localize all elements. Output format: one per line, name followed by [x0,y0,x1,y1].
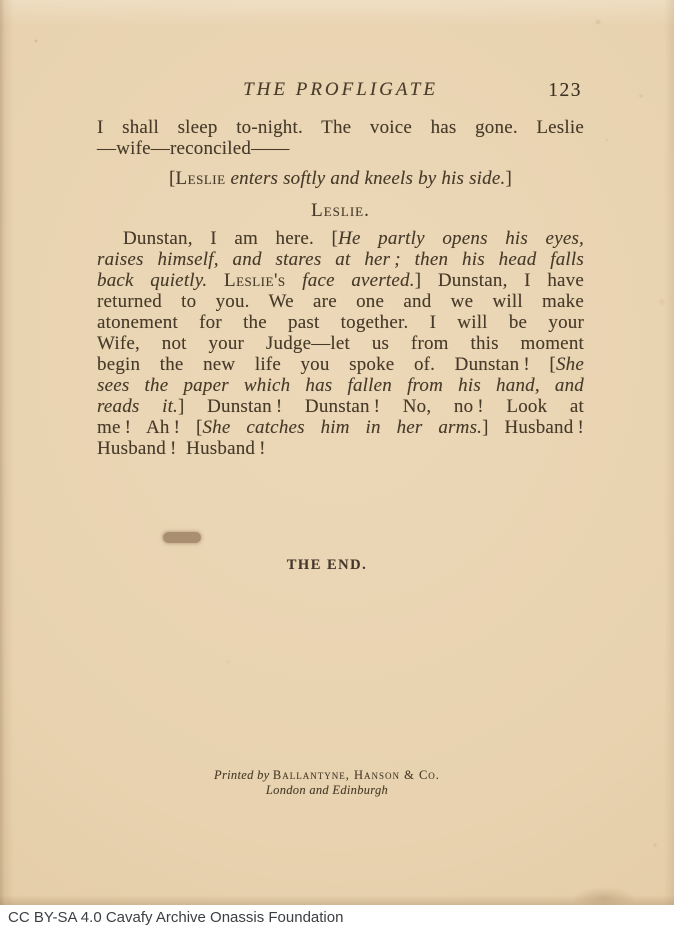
text-segment: —wife—reconciled—— [97,138,289,159]
dialogue-paragraph: Dunstan, I am here. [He partly opens his… [97,228,584,459]
page-text-block: THE PROFLIGATE 123 I shall sleep to-nigh… [97,79,584,459]
speaker-heading: Leslie. [97,200,584,221]
text-segment: reads it. [97,396,178,417]
text-segment: begin the new life you spoke of. Dunstan… [97,354,556,375]
text-segment: He partly opens his eyes, [338,228,584,249]
printer-imprint: Printed by Ballantyne, Hanson & Co. Lond… [97,768,557,798]
printer-name: Ballantyne, Hanson & Co. [273,768,440,782]
text-segment: She [556,354,584,375]
the-end-label: THE END. [97,557,557,574]
paper-page: THE PROFLIGATE 123 I shall sleep to-nigh… [0,0,674,905]
dialogue-line: Dunstan, I am here. [He partly opens his… [97,228,584,249]
license-text: CC BY-SA 4.0 Cavafy Archive Onassis Foun… [8,909,343,926]
text-segment: returned to you. We are one and we will … [97,291,584,312]
carryover-line: —wife—reconciled—— [97,138,584,159]
text-segment: ] Dunstan, I have [415,270,584,291]
imprint-line-1: Printed by Ballantyne, Hanson & Co. [97,768,557,783]
running-head: THE PROFLIGATE [97,79,584,100]
scanned-book-page: THE PROFLIGATE 123 I shall sleep to-nigh… [0,0,674,930]
carryover-line: I shall sleep to-night. The voice has go… [97,117,584,138]
text-segment: Dunstan, I am here. [ [123,228,338,249]
dialogue-line: sees the paper which has fallen from his… [97,375,584,396]
dialogue-line: returned to you. We are one and we will … [97,291,584,312]
text-segment: Printed by [214,768,273,782]
dialogue-line: me ! Ah ! [She catches him in her arms.]… [97,417,584,438]
page-header: THE PROFLIGATE 123 [97,79,584,102]
text-segment: She catches him in her arms. [202,417,482,438]
text-segment: I shall sleep to-night. The voice has go… [97,117,584,138]
license-caption-bar: CC BY-SA 4.0 Cavafy Archive Onassis Foun… [0,905,674,930]
text-segment: atonement for the past together. I will … [97,312,584,333]
page-number: 123 [548,80,582,101]
dialogue-line: back quietly. Leslie's face averted.] Du… [97,270,584,291]
text-segment: me ! Ah ! [ [97,417,202,438]
text-segment: ] Dunstan ! Dunstan ! No, no ! Look at [178,396,584,417]
text-segment: back quietly. [97,270,224,291]
text-segment: Wife, not your Judge—let us from this mo… [97,333,584,354]
dialogue-line: reads it.] Dunstan ! Dunstan ! No, no ! … [97,396,584,417]
dialogue-line: Wife, not your Judge—let us from this mo… [97,333,584,354]
imprint-line-2: London and Edinburgh [97,783,557,798]
dialogue-line: begin the new life you spoke of. Dunstan… [97,354,584,375]
dialogue-line: Husband ! Husband ! [97,438,584,459]
text-segment: Leslie's [224,270,286,291]
text-segment: raises himself, and stares at her ; then… [97,249,584,270]
text-segment: face averted. [286,270,415,291]
text-segment: sees the paper which has fallen from his… [97,375,584,396]
stage-action: enters softly and kneels by his side. [226,168,506,189]
dialogue-line: atonement for the past together. I will … [97,312,584,333]
paper-smudge [163,532,201,543]
text-segment: Husband ! Husband ! [97,438,266,459]
character-name: Leslie [176,168,226,189]
stage-direction: [Leslie enters softly and kneels by his … [97,168,584,189]
bracket: ] [505,168,512,189]
text-segment: ] Husband ! [482,417,584,438]
carryover-paragraph: I shall sleep to-night. The voice has go… [97,117,584,159]
dialogue-line: raises himself, and stares at her ; then… [97,249,584,270]
